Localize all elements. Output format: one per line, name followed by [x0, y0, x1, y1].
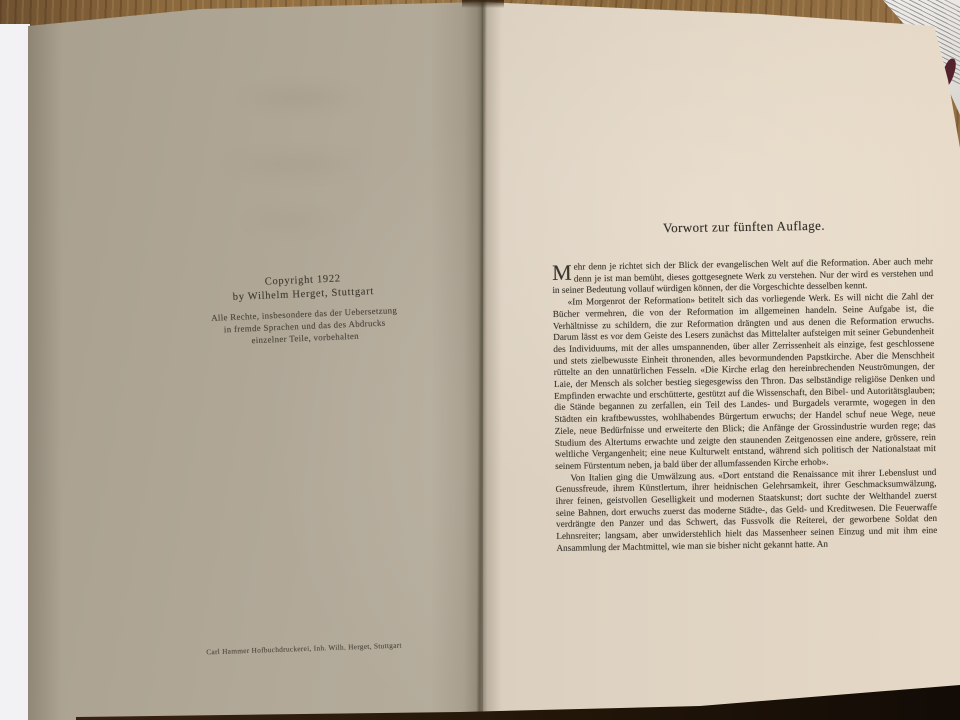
- copyright-block: Copyright 1922 by Wilhelm Herget, Stuttg…: [167, 268, 442, 350]
- preface-paragraph-1: Mehr denn je richtet sich der Blick der …: [552, 256, 934, 297]
- photo-of-open-book: Copyright 1922 by Wilhelm Herget, Stuttg…: [0, 0, 960, 720]
- show-through-ghost-text: [185, 60, 415, 250]
- printer-imprint: Carl Hammer Hofbuchdruckerei, Inh. Wilh.…: [148, 639, 460, 659]
- gutter-top-gap: [462, 0, 504, 8]
- preface-paragraph-3: Von Italien ging die Umwälzung aus. «Dor…: [555, 467, 937, 555]
- preface-body: Mehr denn je richtet sich der Blick der …: [552, 256, 938, 555]
- paragraph-1-text: ehr denn je richtet sich der Blick der e…: [552, 256, 933, 295]
- rights-notice: Alle Rechte, insbesondere das der Uebers…: [168, 303, 441, 350]
- preface-paragraph-2: «Im Morgenrot der Reformation» betitelt …: [553, 291, 937, 473]
- preface-heading: Vorwort zur fünften Auflage.: [560, 216, 928, 238]
- drop-cap: M: [552, 262, 574, 282]
- left-page-edge-shadow: [28, 0, 62, 720]
